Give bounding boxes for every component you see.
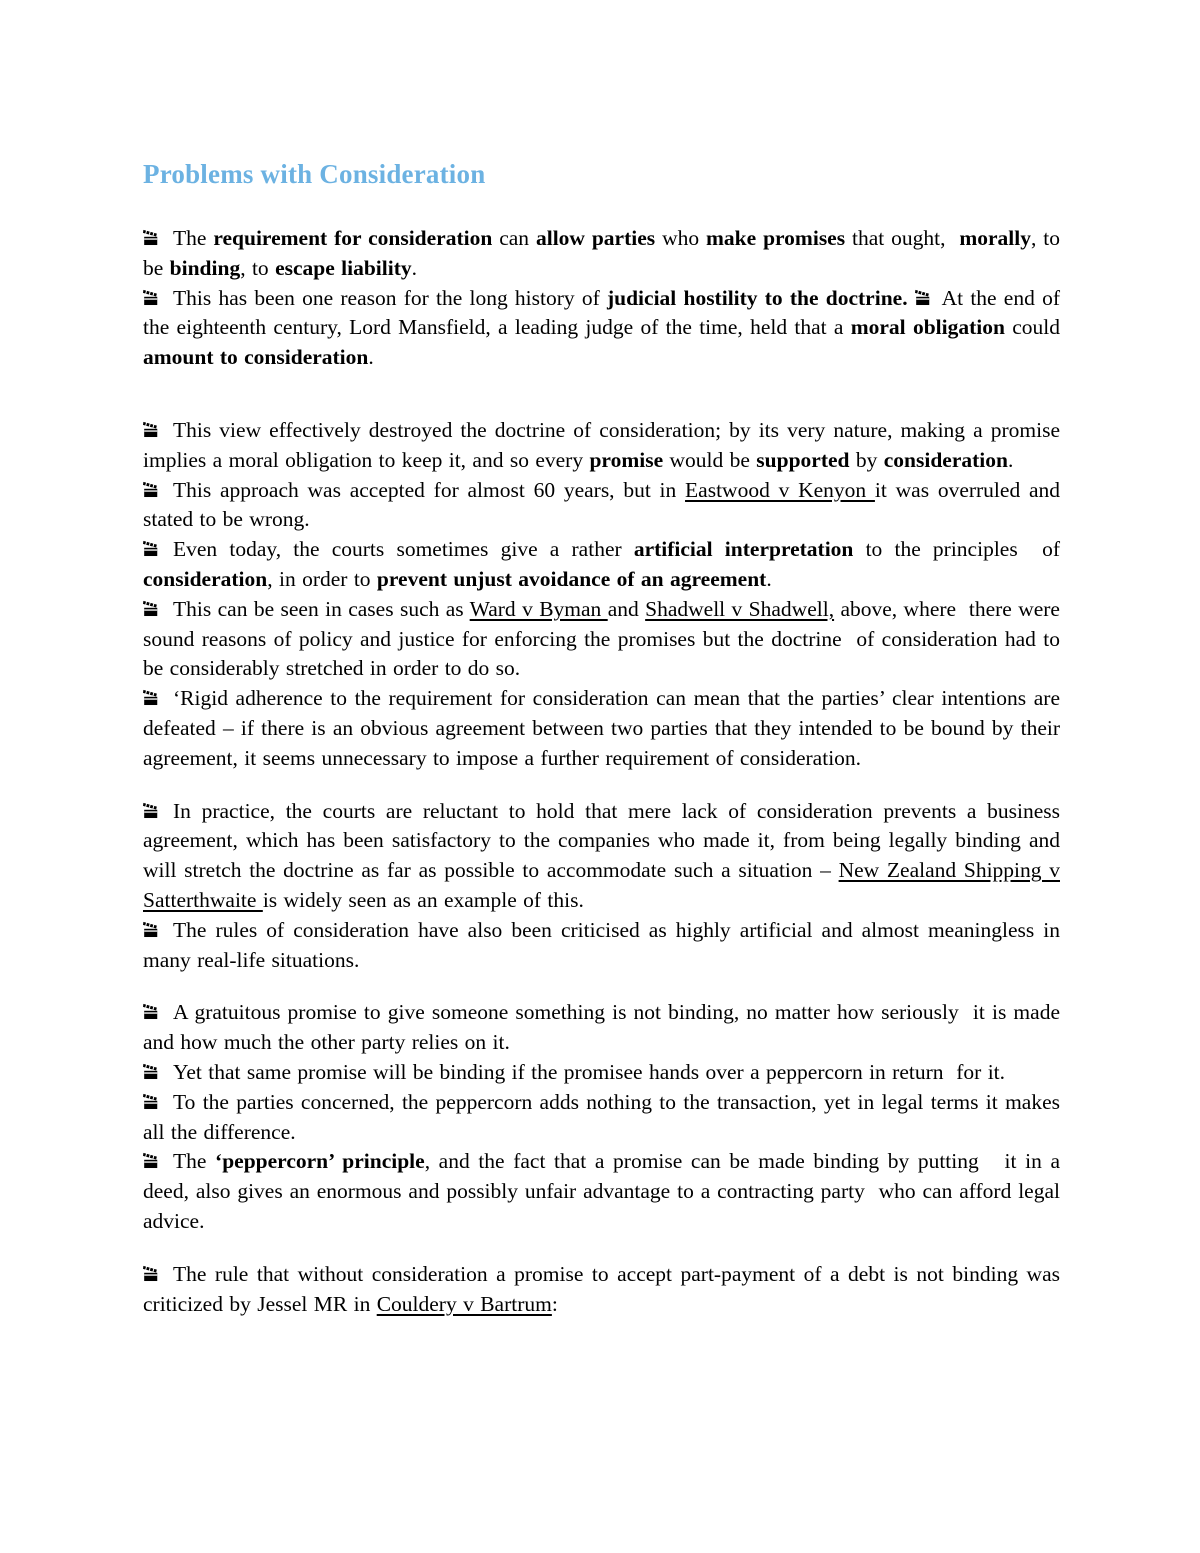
text-run: prevent unjust avoidance of an agreement [377, 567, 766, 591]
text-run: This approach was accepted for almost 60… [173, 478, 685, 502]
text-run: . [766, 567, 771, 591]
text-run: consideration [143, 567, 267, 591]
text-run: could [1005, 315, 1060, 339]
text-run: The rule that without consideration a pr… [143, 1262, 1060, 1316]
text-run: moral obligation [851, 315, 1005, 339]
text-run: , in order to [267, 567, 377, 591]
text-run: allow parties [536, 226, 655, 250]
clapperboard-icon [143, 540, 162, 557]
text-run: To the parties concerned, the peppercorn… [143, 1090, 1060, 1144]
text-run: to the principles of [853, 537, 1060, 561]
text-run: binding [170, 256, 241, 280]
clapperboard-icon [143, 289, 162, 306]
paragraph: This view effectively destroyed the doct… [143, 416, 1060, 476]
text-run: ‘Rigid adherence to the requirement for … [143, 686, 1060, 770]
text-run: would be [663, 448, 756, 472]
text-run: The rules of consideration have also bee… [143, 918, 1060, 972]
text-run: . [368, 345, 373, 369]
document-body: The requirement for consideration can al… [143, 224, 1060, 1319]
paragraph: Yet that same promise will be binding if… [143, 1058, 1060, 1088]
text-run: can [492, 226, 536, 250]
text-run: consideration [884, 448, 1008, 472]
case-name: Eastwood v Kenyon [685, 478, 875, 502]
clapperboard-icon [143, 421, 162, 438]
paragraph: This approach was accepted for almost 60… [143, 476, 1060, 536]
paragraph: To the parties concerned, the peppercorn… [143, 1088, 1060, 1148]
case-name: Couldery v Bartrum [377, 1292, 552, 1316]
text-run: who [655, 226, 706, 250]
clapperboard-icon [143, 1152, 162, 1169]
text-run: amount to consideration [143, 345, 368, 369]
text-run: : [552, 1292, 558, 1316]
paragraph: The ‘peppercorn’ principle, and the fact… [143, 1147, 1060, 1236]
clapperboard-icon [143, 481, 162, 498]
clapperboard-icon [143, 1063, 162, 1080]
text-run: ‘peppercorn’ principle [215, 1149, 425, 1173]
page-title: Problems with Consideration [143, 158, 1058, 190]
text-run: make promises [706, 226, 845, 250]
text-run: judicial hostility to the doctrine. [607, 286, 908, 310]
paragraph: The rule that without consideration a pr… [143, 1260, 1060, 1320]
text-run: This can be seen in cases such as [173, 597, 470, 621]
text-run: , to [240, 256, 275, 280]
clapperboard-icon [143, 689, 162, 706]
text-run: is widely seen as an example of this. [263, 888, 584, 912]
paragraph: In practice, the courts are reluctant to… [143, 797, 1060, 916]
case-name: Ward v Byman [470, 597, 608, 621]
text-run: The [173, 226, 213, 250]
text-run: . [412, 256, 417, 280]
document-page: Problems with Consideration The requirem… [0, 0, 1200, 1553]
text-run: This has been one reason for the long hi… [173, 286, 607, 310]
clapperboard-icon [143, 1003, 162, 1020]
text-run: A gratuitous promise to give someone som… [143, 1000, 1060, 1054]
case-name: Shadwell v Shadwell, [645, 597, 834, 621]
text-run: artificial interpretation [634, 537, 854, 561]
text-run: . [1008, 448, 1013, 472]
clapperboard-icon [915, 289, 934, 306]
text-run: The [173, 1149, 215, 1173]
text-run: Yet that same promise will be binding if… [173, 1060, 1005, 1084]
paragraph: The requirement for consideration can al… [143, 224, 1060, 284]
clapperboard-icon [143, 229, 162, 246]
text-run: and [608, 597, 645, 621]
text-run: morally [959, 226, 1031, 250]
text-run: supported [756, 448, 849, 472]
text-run: Even today, the courts sometimes give a … [173, 537, 634, 561]
paragraph: This can be seen in cases such as Ward v… [143, 595, 1060, 684]
text-run: escape liability [275, 256, 412, 280]
text-run: by [850, 448, 884, 472]
text-run: promise [589, 448, 663, 472]
paragraph: Even today, the courts sometimes give a … [143, 535, 1060, 595]
clapperboard-icon [143, 1265, 162, 1282]
clapperboard-icon [143, 600, 162, 617]
paragraph: The rules of consideration have also bee… [143, 916, 1060, 976]
clapperboard-icon [143, 1093, 162, 1110]
text-run: that ought, [845, 226, 959, 250]
paragraph: A gratuitous promise to give someone som… [143, 998, 1060, 1058]
paragraph: ‘Rigid adherence to the requirement for … [143, 684, 1060, 773]
text-run: requirement for consideration [213, 226, 492, 250]
clapperboard-icon [143, 802, 162, 819]
clapperboard-icon [143, 921, 162, 938]
paragraph: This has been one reason for the long hi… [143, 284, 1060, 373]
